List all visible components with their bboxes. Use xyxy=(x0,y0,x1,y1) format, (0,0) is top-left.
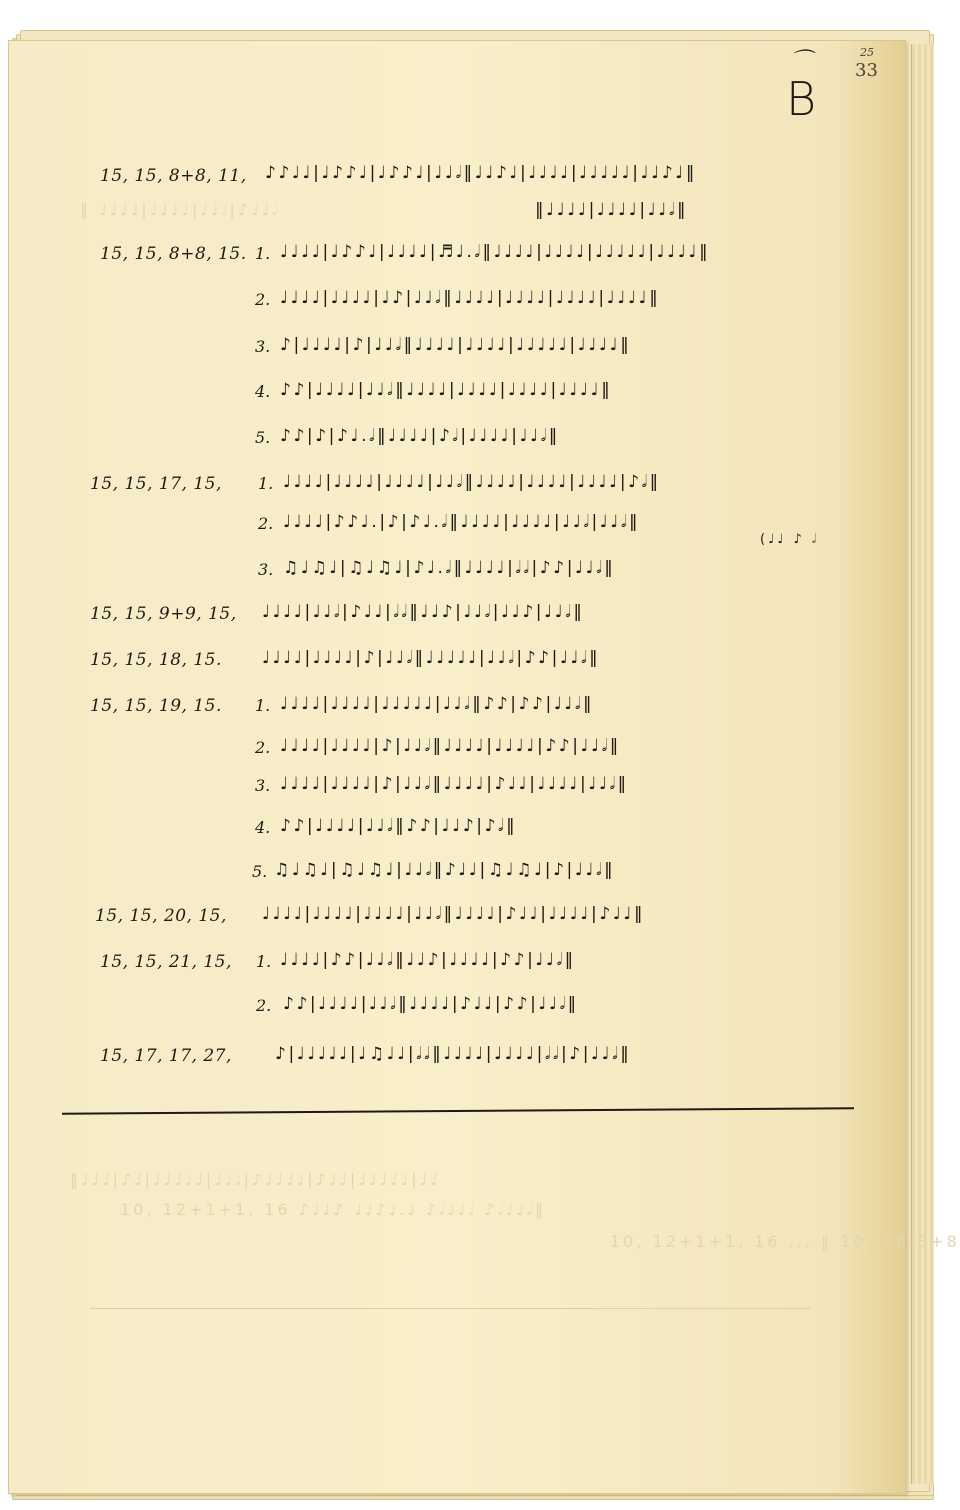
variant-number: 2. xyxy=(255,738,270,757)
page-number-small: 25 xyxy=(860,46,874,59)
rhythm-line: ♩♩♩♩|♩♩♩♩|♩♩♩♩|♩♩𝅗𝅥‖♩♩♩♩|♪♩♩|♩♩♩♩|♪♩♩‖ xyxy=(262,904,645,924)
variant-number: 5. xyxy=(255,428,270,447)
entry-label: 15, 17, 17, 27, xyxy=(100,1046,232,1066)
entry-label: 15, 15, 8+8, 11, xyxy=(100,166,247,186)
variant-number: 1. xyxy=(255,244,270,263)
faint-rule xyxy=(90,1308,810,1309)
rhythm-line: ♩♩♩♩|♩♩♩♩|♪|♩♩𝅗𝅥‖♩♩♩♩|♩♩♩♩|♪♪|♩♩𝅗𝅥‖ xyxy=(280,736,621,756)
rhythm-line: ♩♩♩♩|♪♪|♩♩𝅗𝅥‖♩♩♪|♩♩♩♩|♪♪|♩♩𝅗𝅥‖ xyxy=(280,950,576,970)
variant-number: 2. xyxy=(258,514,273,533)
variant-number: 1. xyxy=(258,474,273,493)
rhythm-line: ♪|♩♩♩♩|♪|♩♩𝅗𝅥‖♩♩♩♩|♩♩♩♩|♩♩♩♩♩|♩♩♩♩‖ xyxy=(280,335,631,355)
variant-number: 5. xyxy=(252,862,267,881)
variant-number: 2. xyxy=(256,996,271,1015)
rhythm-line: ♪♪|♩♩♩♩|♩♩𝅗𝅥‖♪♪|♩♩♪|♪𝅗𝅥‖ xyxy=(280,816,517,836)
entry-label: 15, 15, 8+8, 15. xyxy=(100,244,247,264)
rhythm-line: ♩♩♩♩|♩♩𝅗𝅥|♪♩♩|𝅗𝅥𝅗𝅥‖♩♩♪|♩♩𝅗𝅥|♩♩♪|♩♩𝅗𝅥‖ xyxy=(262,602,584,622)
entry-label: 15, 15, 9+9, 15, xyxy=(90,604,237,624)
rhythm-line: ♫♩♫♩|♫♩♫♩|♩♩𝅗𝅥‖♪♩♩|♫♩♫♩|♪|♩♩𝅗𝅥‖ xyxy=(274,860,615,880)
rhythm-line: ♩♩♩♩|♩♩♩♩|♪|♩♩𝅗𝅥‖♩♩♩♩♩|♩♩𝅗𝅥|♪♪|♩♩𝅗𝅥‖ xyxy=(262,648,600,668)
bleed-through-line: 10, 12+1+1, 16 ♪♩♩♪ ♩♩♪♩.♩ ♪𝅗𝅥♩♩𝅗𝅥 ♪𝅗𝅥♩♩… xyxy=(120,1200,546,1220)
entry-label: 15, 15, 21, 15, xyxy=(100,952,232,972)
rhythm-line: ♪|♩♩♩♩♩|♩♫♩♩|𝅗𝅥𝅗𝅥‖♩♩♩♩|♩♩♩♩|𝅗𝅥𝅗𝅥|♪|♩♩𝅗𝅥‖ xyxy=(275,1044,631,1064)
variant-number: 4. xyxy=(255,818,270,837)
variant-number: 3. xyxy=(258,560,273,579)
rhythm-line: ♪♪♩♩|♩♪♪♩|♩♪♪♩|♩♩𝅗𝅥‖♩♩♪♩|♩♩♩♩|♩♩♩♩♩|♩♩♪♩… xyxy=(265,163,697,183)
section-marker: B xyxy=(786,72,816,126)
bleed-through-line: 10, 12+1+1, 16 ... ‖ 10, 16 8+8 ... xyxy=(610,1232,960,1251)
section-marker-accent: ⌒ xyxy=(790,44,812,75)
bleed-through-line: ‖♩♩♩|♪♩|♩♩♩♩♩|♩♩𝅗𝅥|♪♩♩♩♩|♪♩♩|♩♩♩♩♩|♩♩ xyxy=(70,1170,441,1190)
rhythm-line: ‖♩♩♩♩|♩♩♩♩|♩♩𝅗𝅥‖ xyxy=(535,200,688,220)
rhythm-line: ♩♩♩♩|♪♪♩.|♪|♪♩.𝅗𝅥‖♩♩♩♩|♩♩♩♩|♩♩𝅗𝅥|♩♩𝅗𝅥‖ xyxy=(283,512,640,532)
rhythm-line: ♩♩♩♩|♩♩♩♩|♩♪|♩♩𝅗𝅥‖♩♩♩♩|♩♩♩♩|♩♩♩♩|♩♩♩♩‖ xyxy=(280,288,660,308)
handwritten-alternative: (♩♩ ♪ 𝅗𝅥 xyxy=(760,532,819,547)
rhythm-line: ♩♩♩♩|♩♩♩♩|♩♩♩♩♩|♩♩𝅗𝅥‖♪♪|♪♪|♩♩𝅗𝅥‖ xyxy=(280,694,594,714)
variant-number: 1. xyxy=(255,696,270,715)
rhythm-line: ♫♩♫♩|♫♩♫♩|♪♩.𝅗𝅥‖♩♩♩♩|𝅗𝅥𝅗𝅥|♪♪|♩♩𝅗𝅥‖ xyxy=(283,558,615,578)
rhythm-line: ♩♩♩♩|♩♪♪♩|♩♩♩♩|♬♩.𝅗𝅥‖♩♩♩♩|♩♩♩♩|♩♩♩♩♩|♩♩♩… xyxy=(280,242,710,262)
variant-number: 2. xyxy=(255,290,270,309)
page-edges xyxy=(911,44,934,1484)
variant-number: 4. xyxy=(255,382,270,401)
rhythm-line: ♩♩♩♩|♩♩♩♩|♪|♩♩𝅗𝅥‖♩♩♩♩|♪♩♩|♩♩♩♩|♩♩𝅗𝅥‖ xyxy=(280,774,629,794)
variant-number: 1. xyxy=(256,952,271,971)
variant-number: 3. xyxy=(255,776,270,795)
rhythm-line: ♪♪|♩♩♩♩|♩♩𝅗𝅥‖♩♩♩♩|♪♩♩|♪♪|♩♩𝅗𝅥‖ xyxy=(283,994,579,1014)
variant-number: 3. xyxy=(255,337,270,356)
bleed-through-line: ‖ ♩♩♩♩|♩♩♩♩|♩♩𝅗𝅥|♪♩♩𝅗𝅥 xyxy=(80,200,280,220)
rhythm-line: ♪♪|♩♩♩♩|♩♩𝅗𝅥‖♩♩♩♩|♩♩♩♩|♩♩♩♩|♩♩♩♩‖ xyxy=(280,380,612,400)
entry-label: 15, 15, 18, 15. xyxy=(90,650,222,670)
entry-label: 15, 15, 19, 15. xyxy=(90,696,222,716)
entry-label: 15, 15, 17, 15, xyxy=(90,474,222,494)
rhythm-line: ♪♪|♪|♪♩.𝅗𝅥‖♩♩♩♩|♪𝅗𝅥|♩♩♩♩|♩♩𝅗𝅥‖ xyxy=(280,426,560,446)
page-number: 33 xyxy=(855,60,878,81)
rhythm-line: ♩♩♩♩|♩♩♩♩|♩♩♩♩|♩♩𝅗𝅥‖♩♩♩♩|♩♩♩♩|♩♩♩♩|♪𝅗𝅥‖ xyxy=(283,472,661,492)
entry-label: 15, 15, 20, 15, xyxy=(95,906,227,926)
